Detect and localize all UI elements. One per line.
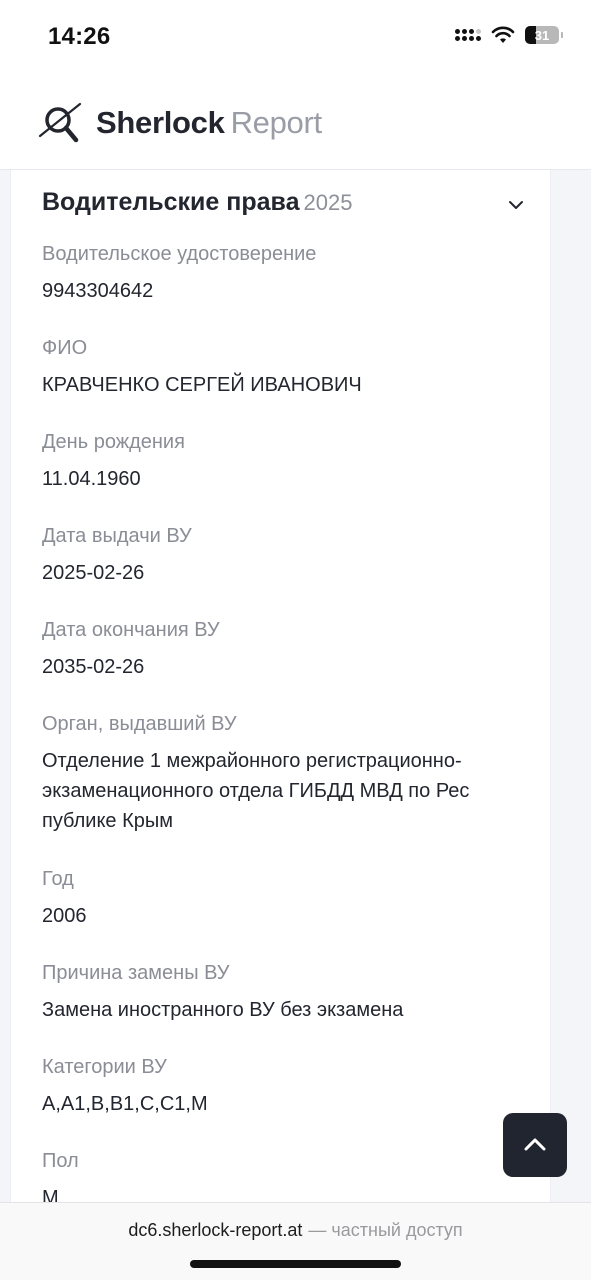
card-title-text: Водительские права xyxy=(42,188,299,216)
url-host: dc6.sherlock-report.at xyxy=(128,1220,302,1240)
field-value: 11.04.1960 xyxy=(42,464,532,494)
battery-icon: 31 xyxy=(525,26,559,44)
field-label: День рождения xyxy=(42,428,532,456)
brand-logo[interactable]: SherlockReport xyxy=(96,105,322,141)
field-value: М xyxy=(42,1183,532,1202)
field-value: A,A1,B,B1,C,C1,M xyxy=(42,1089,532,1119)
field-label: Водительское удостоверение xyxy=(42,240,532,268)
field-label: Категории ВУ xyxy=(42,1053,532,1081)
scroll-to-top-button[interactable] xyxy=(503,1113,567,1177)
battery-tip xyxy=(561,32,563,38)
field-license-number: Водительское удостоверение 9943304642 xyxy=(42,240,532,334)
field-expiry-date: Дата окончания ВУ 2035-02-26 xyxy=(42,616,532,710)
chevron-down-icon[interactable] xyxy=(505,194,527,216)
field-label: Пол xyxy=(42,1147,532,1175)
status-icons: 31 xyxy=(455,26,563,44)
field-value: 2025-02-26 xyxy=(42,558,532,588)
chevron-up-icon xyxy=(521,1131,549,1159)
site-header: SherlockReport xyxy=(0,76,591,170)
field-replacement-reason: Причина замены ВУ Замена иностранного ВУ… xyxy=(42,959,532,1053)
field-label: Дата выдачи ВУ xyxy=(42,522,532,550)
url-display[interactable]: dc6.sherlock-report.at— частный доступ xyxy=(0,1220,591,1241)
field-issue-date: Дата выдачи ВУ 2025-02-26 xyxy=(42,522,532,616)
brand-name-bold: Sherlock xyxy=(96,105,225,140)
field-list: Водительское удостоверение 9943304642 ФИ… xyxy=(42,240,532,1202)
field-label: Орган, выдавший ВУ xyxy=(42,710,532,738)
field-value: КРАВЧЕНКО СЕРГЕЙ ИВАНОВИЧ xyxy=(42,370,532,400)
field-label: Год xyxy=(42,865,532,893)
right-scroll-strip xyxy=(576,170,591,1202)
magnifier-logo-icon[interactable] xyxy=(38,100,84,146)
field-value: 2035-02-26 xyxy=(42,652,532,682)
status-bar: 14:26 31 xyxy=(0,0,591,76)
cellular-signal-icon xyxy=(455,29,481,41)
field-label: Дата окончания ВУ xyxy=(42,616,532,644)
field-label: Причина замены ВУ xyxy=(42,959,532,987)
browser-address-bar[interactable]: dc6.sherlock-report.at— частный доступ xyxy=(0,1202,591,1280)
field-year: Год 2006 xyxy=(42,865,532,959)
field-gender: Пол М xyxy=(42,1147,532,1202)
card-year: 2025 xyxy=(303,190,352,215)
private-access-note: — частный доступ xyxy=(308,1220,462,1240)
battery-level: 31 xyxy=(535,28,549,43)
status-time: 14:26 xyxy=(48,23,110,51)
card-title[interactable]: Водительские права2025 xyxy=(42,188,352,217)
field-issuing-authority: Орган, выдавший ВУ Отделение 1 межрайонн… xyxy=(42,710,532,865)
field-value: Замена иностранного ВУ без экзамена xyxy=(42,995,532,1025)
field-label: ФИО xyxy=(42,334,532,362)
brand-name-light: Report xyxy=(231,105,322,140)
field-value: 9943304642 xyxy=(42,276,532,306)
field-birthday: День рождения 11.04.1960 xyxy=(42,428,532,522)
home-indicator[interactable] xyxy=(190,1260,401,1268)
field-value: 2006 xyxy=(42,901,532,931)
driver-license-card: Водительские права2025 Водительское удос… xyxy=(10,170,551,1202)
wifi-icon xyxy=(491,26,515,44)
field-categories: Категории ВУ A,A1,B,B1,C,C1,M xyxy=(42,1053,532,1147)
field-value: Отделение 1 межрайонного регистрационно-… xyxy=(42,746,532,836)
field-full-name: ФИО КРАВЧЕНКО СЕРГЕЙ ИВАНОВИЧ xyxy=(42,334,532,428)
